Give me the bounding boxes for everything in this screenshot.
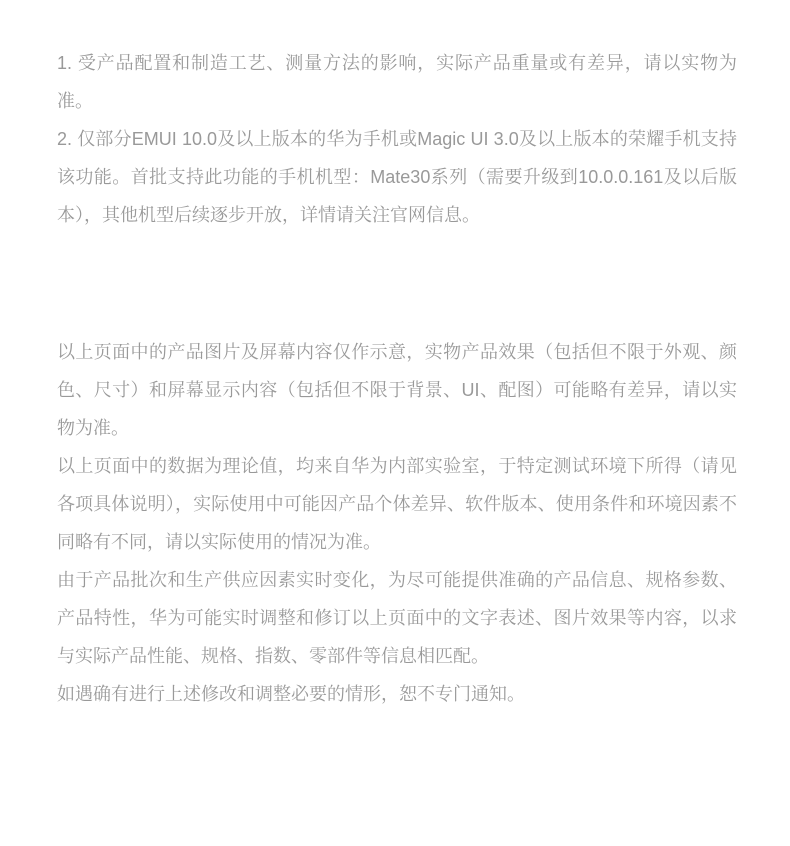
disclaimer-paragraph-notice: 如遇确有进行上述修改和调整必要的情形，恕不专门通知。 [57, 675, 737, 713]
footnote-item-2: 2. 仅部分EMUI 10.0及以上版本的华为手机或Magic UI 3.0及以… [57, 120, 737, 234]
footnotes-section: 1. 受产品配置和制造工艺、测量方法的影响，实际产品重量或有差异，请以实物为准。… [57, 44, 737, 234]
disclaimer-paragraph-images: 以上页面中的产品图片及屏幕内容仅作示意，实物产品效果（包括但不限于外观、颜色、尺… [57, 333, 737, 447]
disclaimer-paragraph-data: 以上页面中的数据为理论值，均来自华为内部实验室，于特定测试环境下所得（请见各项具… [57, 447, 737, 561]
footnote-item-1: 1. 受产品配置和制造工艺、测量方法的影响，实际产品重量或有差异，请以实物为准。 [57, 44, 737, 120]
disclaimer-paragraph-revisions: 由于产品批次和生产供应因素实时变化，为尽可能提供准确的产品信息、规格参数、产品特… [57, 561, 737, 675]
disclaimer-page: 1. 受产品配置和制造工艺、测量方法的影响，实际产品重量或有差异，请以实物为准。… [0, 0, 790, 846]
disclaimers-section: 以上页面中的产品图片及屏幕内容仅作示意，实物产品效果（包括但不限于外观、颜色、尺… [57, 333, 737, 713]
